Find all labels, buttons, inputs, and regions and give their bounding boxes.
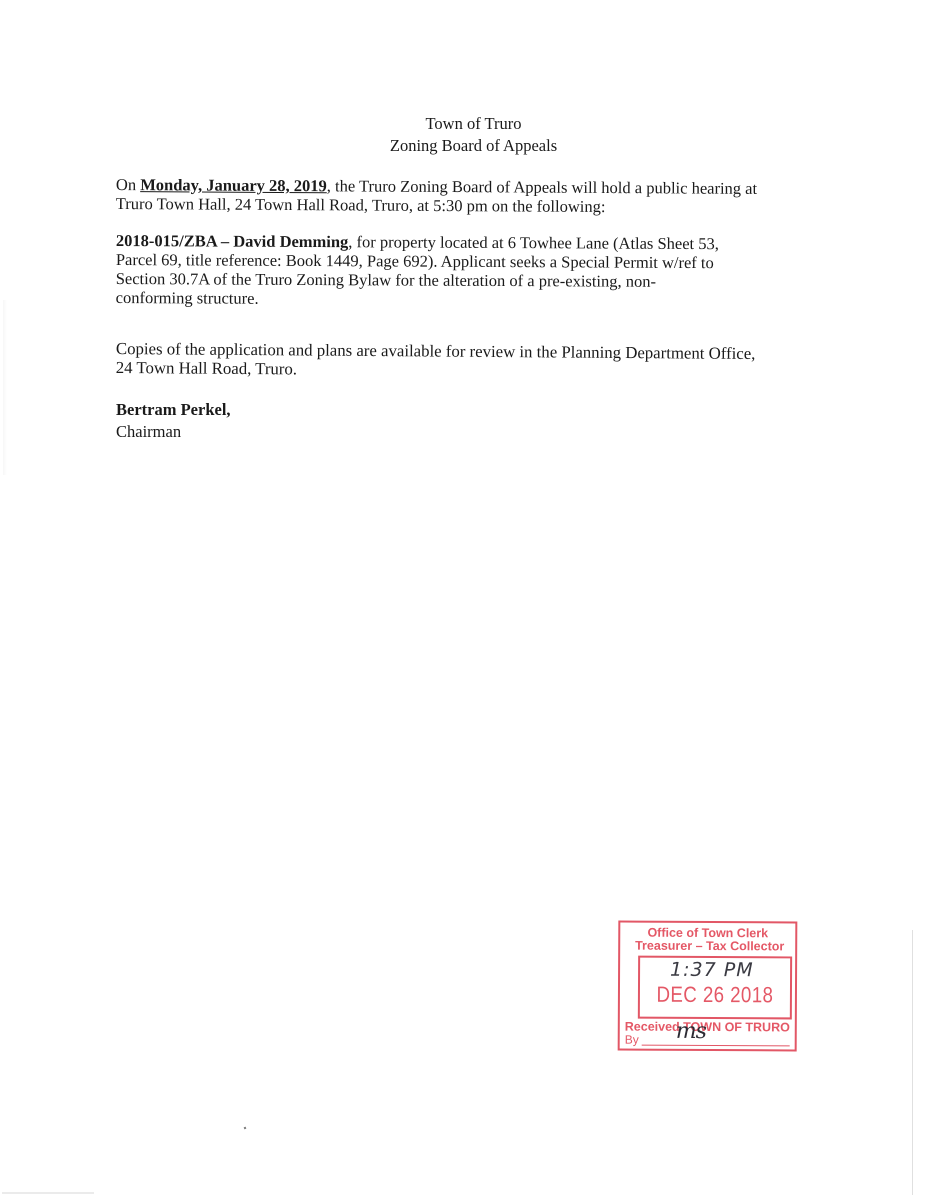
signer-title: Chairman <box>116 421 231 443</box>
received-stamp: Office of Town Clerk Treasurer – Tax Col… <box>618 921 798 1052</box>
stamp-office-subtitle: Treasurer – Tax Collector <box>622 940 797 954</box>
scan-artifact-bottom <box>2 1192 94 1194</box>
scan-artifact-right <box>912 930 913 1195</box>
stamp-time-handwritten: 1:37 PM <box>670 959 754 981</box>
scan-speck <box>244 1127 247 1130</box>
case-paragraph: 2018-015/ZBA – David Demming, for proper… <box>116 231 719 310</box>
case-line-4: conforming structure. <box>116 288 719 310</box>
header-town: Town of Truro <box>0 113 927 135</box>
document-header: Town of Truro Zoning Board of Appeals <box>0 113 927 157</box>
stamp-initials-handwritten: ms <box>676 1019 706 1044</box>
stamp-date: DEC 26 2018 <box>651 982 779 1009</box>
scan-artifact-left <box>3 300 7 475</box>
stamp-date-box: 1:37 PM DEC 26 2018 <box>638 956 792 1020</box>
document-page: Town of Truro Zoning Board of Appeals On… <box>0 0 927 1200</box>
stamp-signature-line <box>642 1045 790 1047</box>
availability-paragraph: Copies of the application and plans are … <box>116 339 756 382</box>
notice-line-2: Truro Town Hall, 24 Town Hall Road, Trur… <box>116 194 757 217</box>
signer-name: Bertram Perkel, <box>116 399 231 421</box>
stamp-received-label: Received TOWN OF TRURO <box>625 1021 790 1035</box>
hearing-date: Monday, January 28, 2019 <box>140 175 327 195</box>
hearing-notice-paragraph: On Monday, January 28, 2019, the Truro Z… <box>116 175 757 217</box>
case-number: 2018-015/ZBA – David Demming <box>116 231 348 251</box>
header-board: Zoning Board of Appeals <box>0 135 927 157</box>
stamp-by-label: By <box>625 1034 639 1047</box>
signature-block: Bertram Perkel, Chairman <box>116 399 231 443</box>
